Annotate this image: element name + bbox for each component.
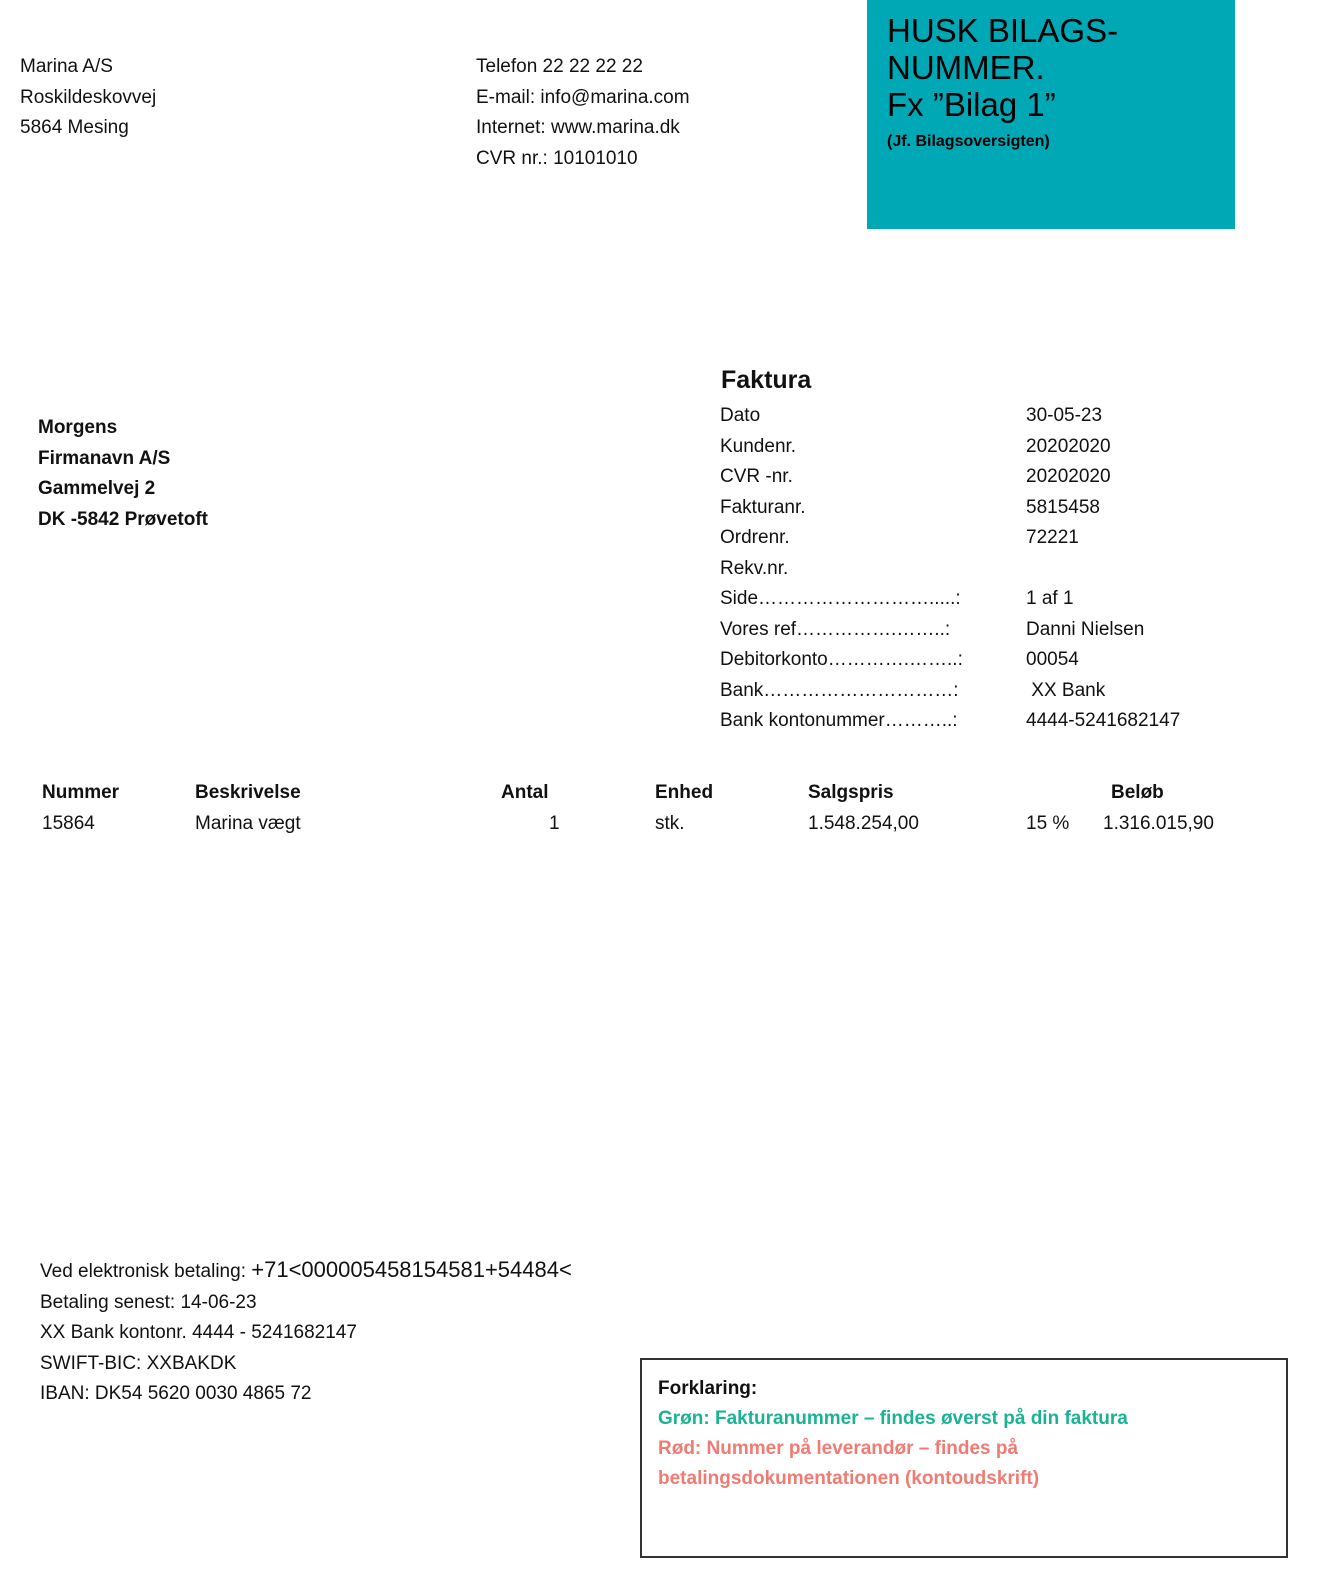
invoice-field: Bank kontonummer………..:4444-5241682147 xyxy=(720,706,1180,737)
invoice-info: Dato30-05-23Kundenr.20202020CVR -nr.2020… xyxy=(720,401,1180,737)
reminder-line-2: NUMMER. xyxy=(887,49,1215,86)
explanation-green: Grøn: Fakturanummer – findes øverst på d… xyxy=(658,1404,1270,1434)
cell-nummer: 15864 xyxy=(42,809,95,840)
sender-street: Roskildeskovvej xyxy=(20,83,156,114)
invoice-field-value: XX Bank xyxy=(1026,676,1105,707)
invoice-field: Debitorkonto………….……..:00054 xyxy=(720,645,1180,676)
col-beskrivelse: Beskrivelse xyxy=(195,778,301,809)
invoice-field: Bank…………………………: XX Bank xyxy=(720,676,1180,707)
table-header: Nummer Beskrivelse Antal Enhed Salgspris… xyxy=(0,778,1320,809)
payment-ocr-label: Ved elektronisk betaling: xyxy=(40,1261,251,1282)
col-salgspris: Salgspris xyxy=(808,778,894,809)
invoice-field-value: 4444-5241682147 xyxy=(1026,706,1180,737)
invoice-field-label: Ordrenr. xyxy=(720,523,1026,554)
table-row: 15864 Marina vægt 1 stk. 1.548.254,00 15… xyxy=(0,809,1320,840)
cell-rabat: 15 % xyxy=(1026,809,1069,840)
col-enhed: Enhed xyxy=(655,778,713,809)
explanation-box: Forklaring: Grøn: Fakturanummer – findes… xyxy=(640,1358,1288,1558)
explanation-title: Forklaring: xyxy=(658,1374,1270,1404)
recipient-name: Morgens xyxy=(38,413,208,444)
cell-beloeb: 1.316.015,90 xyxy=(1103,809,1214,840)
cell-beskrivelse: Marina vægt xyxy=(195,809,301,840)
invoice-field-label: Rekv.nr. xyxy=(720,554,1026,585)
invoice-field: CVR -nr.20202020 xyxy=(720,462,1180,493)
reminder-line-1: HUSK BILAGS- xyxy=(887,12,1215,49)
reminder-line-3: Fx ”Bilag 1” xyxy=(887,86,1215,123)
invoice-field: Rekv.nr. xyxy=(720,554,1180,585)
cell-salgspris: 1.548.254,00 xyxy=(808,809,919,840)
explanation-red-2: betalingsdokumentationen (kontoudskrift) xyxy=(658,1464,1270,1494)
payment-ocr-code: +71<000005458154581+54484< xyxy=(251,1257,572,1282)
reminder-note: (Jf. Bilagsoversigten) xyxy=(887,133,1215,151)
col-beloeb: Beløb xyxy=(1111,778,1164,809)
invoice-field-value: 20202020 xyxy=(1026,462,1111,493)
sender-contact: Telefon 22 22 22 22 E-mail: info@marina.… xyxy=(476,52,690,174)
contact-cvr: CVR nr.: 10101010 xyxy=(476,144,690,175)
sender-name: Marina A/S xyxy=(20,52,156,83)
payment-iban: IBAN: DK54 5620 0030 4865 72 xyxy=(40,1379,572,1410)
payment-swift: SWIFT-BIC: XXBAKDK xyxy=(40,1349,572,1380)
payment-due: Betaling senest: 14-06-23 xyxy=(40,1288,572,1319)
sender-address: Marina A/S Roskildeskovvej 5864 Mesing xyxy=(20,52,156,144)
invoice-field: Ordrenr.72221 xyxy=(720,523,1180,554)
sender-city: 5864 Mesing xyxy=(20,113,156,144)
recipient-address: Morgens Firmanavn A/S Gammelvej 2 DK -58… xyxy=(38,413,208,535)
invoice-field-value: 20202020 xyxy=(1026,432,1111,463)
reminder-box: HUSK BILAGS- NUMMER. Fx ”Bilag 1” (Jf. B… xyxy=(867,0,1235,229)
payment-ocr-line: Ved elektronisk betaling: +71<0000054581… xyxy=(40,1255,572,1288)
cell-enhed: stk. xyxy=(655,809,685,840)
invoice-field-label: Dato xyxy=(720,401,1026,432)
invoice-field-value: 72221 xyxy=(1026,523,1079,554)
invoice-field: Fakturanr.5815458 xyxy=(720,493,1180,524)
invoice-field: Vores ref…………….……..:Danni Nielsen xyxy=(720,615,1180,646)
invoice-field-label: CVR -nr. xyxy=(720,462,1026,493)
col-antal: Antal xyxy=(501,778,549,809)
invoice-field-label: Side……………………….....: xyxy=(720,584,1026,615)
recipient-city: DK -5842 Prøvetoft xyxy=(38,505,208,536)
invoice-field-value: 1 af 1 xyxy=(1026,584,1074,615)
payment-account: XX Bank kontonr. 4444 - 5241682147 xyxy=(40,1318,572,1349)
contact-website: Internet: www.marina.dk xyxy=(476,113,690,144)
invoice-field-value: 5815458 xyxy=(1026,493,1100,524)
invoice-field-label: Vores ref…………….……..: xyxy=(720,615,1026,646)
contact-phone: Telefon 22 22 22 22 xyxy=(476,52,690,83)
invoice-field-label: Bank…………………………: xyxy=(720,676,1026,707)
recipient-street: Gammelvej 2 xyxy=(38,474,208,505)
invoice-field-value: 30-05-23 xyxy=(1026,401,1102,432)
invoice-field-label: Debitorkonto………….……..: xyxy=(720,645,1026,676)
col-nummer: Nummer xyxy=(42,778,119,809)
explanation-red-1: Rød: Nummer på leverandør – findes på xyxy=(658,1434,1270,1464)
invoice-field-value: Danni Nielsen xyxy=(1026,615,1144,646)
invoice-field: Side……………………….....:1 af 1 xyxy=(720,584,1180,615)
invoice-field-label: Bank kontonummer………..: xyxy=(720,706,1026,737)
contact-email: E-mail: info@marina.com xyxy=(476,83,690,114)
invoice-field-label: Kundenr. xyxy=(720,432,1026,463)
cell-antal: 1 xyxy=(549,809,560,840)
invoice-field: Kundenr.20202020 xyxy=(720,432,1180,463)
payment-info: Ved elektronisk betaling: +71<0000054581… xyxy=(40,1255,572,1410)
invoice-title: Faktura xyxy=(721,366,811,395)
invoice-field-label: Fakturanr. xyxy=(720,493,1026,524)
invoice-field: Dato30-05-23 xyxy=(720,401,1180,432)
invoice-field-value: 00054 xyxy=(1026,645,1079,676)
recipient-company: Firmanavn A/S xyxy=(38,444,208,475)
